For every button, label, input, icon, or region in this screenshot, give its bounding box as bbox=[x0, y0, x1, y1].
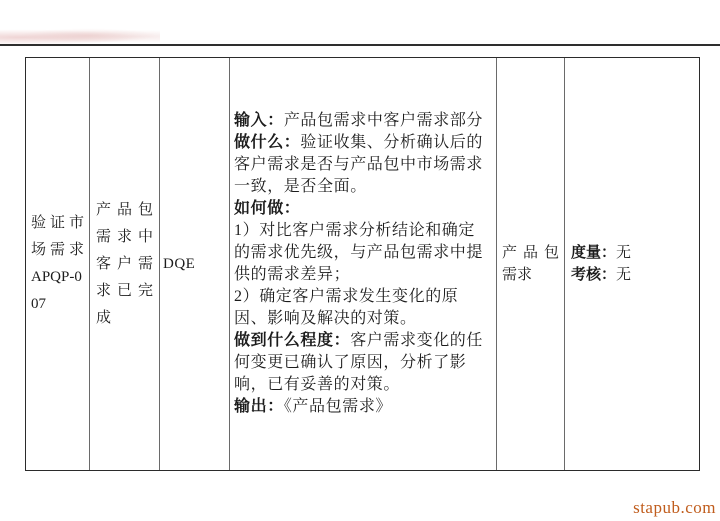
top-horizontal-rule bbox=[0, 44, 720, 46]
description-how-step2: 2）确定客户需求发生变化的原因、影响及解决的对策。 bbox=[234, 286, 490, 330]
metric-measure-value: 无 bbox=[616, 245, 631, 261]
metric-measure: 度量：无 bbox=[571, 242, 695, 264]
cell-output: 产品包需求 bbox=[497, 58, 565, 470]
site-watermark: stapub.com bbox=[633, 498, 716, 518]
description-degree-label: 做到什么程度： bbox=[234, 332, 350, 349]
description-input-text: 产品包需求中客户需求部分 bbox=[284, 112, 483, 129]
activity-label: 验证市场需求APQP-007 bbox=[26, 210, 89, 318]
description-degree: 做到什么程度：客户需求变化的任何变更已确认了原因，分析了影响，已有妥善的对策。 bbox=[234, 330, 490, 396]
metric-assess-label: 考核： bbox=[571, 267, 616, 283]
description-output-label: 输出： bbox=[234, 398, 284, 415]
description-what-label: 做什么： bbox=[234, 134, 300, 151]
document-page: 验证市场需求APQP-007 产品包需求中客户需求已完成 DQE 输入：产品包需… bbox=[0, 0, 720, 521]
description-output-text: 《产品包需求》 bbox=[284, 398, 392, 415]
scan-artifact bbox=[0, 28, 160, 45]
metric-assess-value: 无 bbox=[616, 267, 631, 283]
cell-metrics: 度量：无 考核：无 bbox=[565, 58, 699, 470]
description-step2-text: 2）确定客户需求发生变化的原因、影响及解决的对策。 bbox=[234, 288, 458, 327]
output-label: 产品包需求 bbox=[497, 242, 564, 286]
process-table: 验证市场需求APQP-007 产品包需求中客户需求已完成 DQE 输入：产品包需… bbox=[25, 57, 700, 471]
cell-precondition: 产品包需求中客户需求已完成 bbox=[90, 58, 160, 470]
description-step1-text: 1）对比客户需求分析结论和确定的需求优先级，与产品包需求中提供的需求差异； bbox=[234, 222, 483, 283]
metric-assess: 考核：无 bbox=[571, 264, 695, 286]
cell-description: 输入：产品包需求中客户需求部分 做什么：验证收集、分析确认后的客户需求是否与产品… bbox=[230, 58, 497, 470]
metrics-block: 度量：无 考核：无 bbox=[565, 242, 699, 286]
description-what: 做什么：验证收集、分析确认后的客户需求是否与产品包中市场需求一致，是否全面。 bbox=[234, 132, 490, 198]
role-label: DQE bbox=[160, 254, 229, 274]
cell-role: DQE bbox=[160, 58, 230, 470]
description-how-step1: 1）对比客户需求分析结论和确定的需求优先级，与产品包需求中提供的需求差异； bbox=[234, 220, 490, 286]
cell-activity: 验证市场需求APQP-007 bbox=[26, 58, 90, 470]
description-input-label: 输入： bbox=[234, 112, 284, 129]
precondition-label: 产品包需求中客户需求已完成 bbox=[90, 197, 159, 332]
description-how-heading: 如何做： bbox=[234, 198, 490, 220]
description-block: 输入：产品包需求中客户需求部分 做什么：验证收集、分析确认后的客户需求是否与产品… bbox=[230, 110, 496, 418]
description-how-label: 如何做： bbox=[234, 200, 300, 217]
metric-measure-label: 度量： bbox=[571, 245, 616, 261]
description-input: 输入：产品包需求中客户需求部分 bbox=[234, 110, 490, 132]
description-output: 输出：《产品包需求》 bbox=[234, 396, 490, 418]
